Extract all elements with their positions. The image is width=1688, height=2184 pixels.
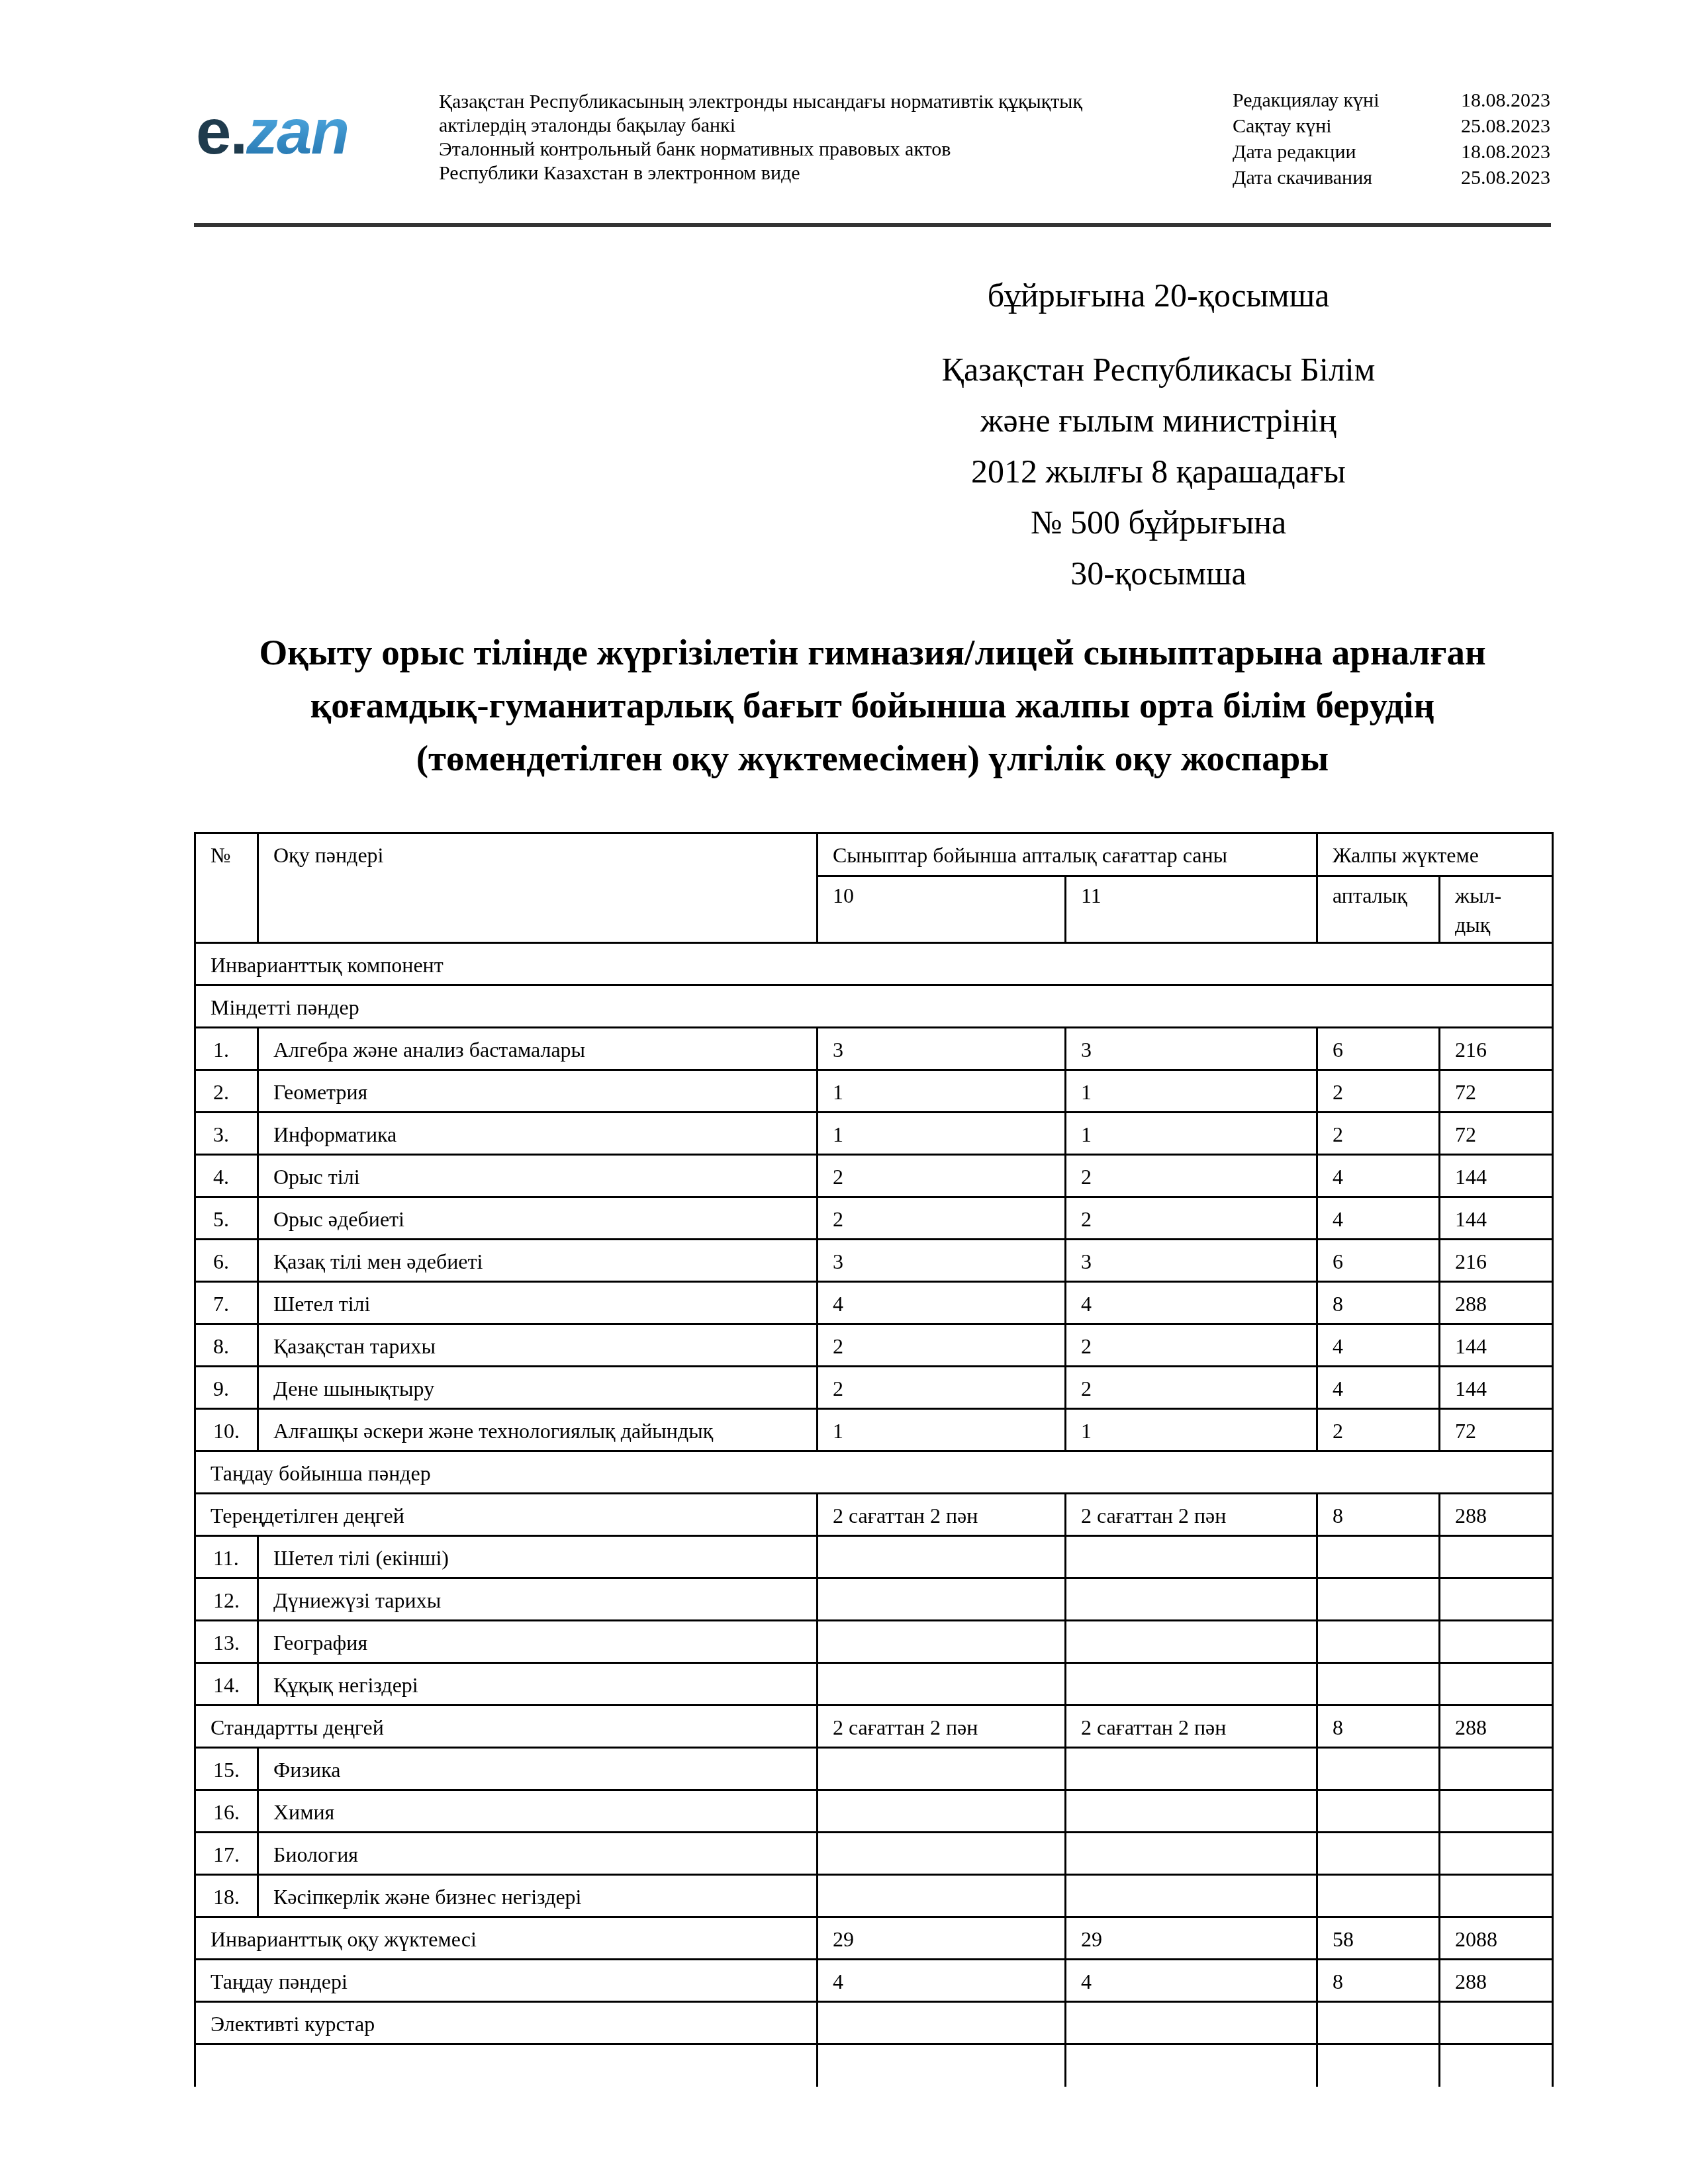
annex-line: және ғылым министрінің [854, 395, 1463, 446]
header-num: № [195, 833, 258, 943]
cell-annual [1440, 2044, 1553, 2087]
table-group-row: Инварианттық оқу жүктемесі2929582088 [195, 1917, 1553, 1960]
cell-g11 [1066, 1875, 1317, 1917]
cell-num: 18. [195, 1875, 258, 1917]
cell-g10: 1 [818, 1070, 1066, 1113]
cell-num: 6. [195, 1240, 258, 1282]
table-row: 14.Құқық негіздері [195, 1663, 1553, 1706]
table-row: 1.Алгебра және анализ бастамалары336216 [195, 1028, 1553, 1070]
cell-num: 12. [195, 1578, 258, 1621]
cell-g10 [818, 1748, 1066, 1790]
annex-line: Қазақстан Республикасы Білім [854, 344, 1463, 395]
section-label: Міндетті пәндер [195, 985, 1553, 1028]
header-total-load: Жалпы жүктеме [1317, 833, 1553, 876]
group-label: Стандартты деңгей [195, 1706, 818, 1748]
cell-subject: Кәсіпкерлік және бизнес негіздері [258, 1875, 818, 1917]
date-label: Сақтау күні [1233, 113, 1441, 139]
date-value: 25.08.2023 [1441, 113, 1550, 139]
cell-subject: Алгебра және анализ бастамалары [258, 1028, 818, 1070]
cell-g11 [1066, 1833, 1317, 1875]
header-grade-10: 10 [818, 876, 1066, 943]
cell-num: 13. [195, 1621, 258, 1663]
cell-annual [1440, 1748, 1553, 1790]
table-row: 2.Геометрия11272 [195, 1070, 1553, 1113]
cell-weekly [1317, 1790, 1440, 1833]
table-header-row: № Оқу пәндері Сыныптар бойынша апталық с… [195, 833, 1553, 876]
cell-weekly [1317, 1748, 1440, 1790]
table-row: 7.Шетел тілі448288 [195, 1282, 1553, 1324]
cell-g11: 2 сағаттан 2 пән [1066, 1706, 1317, 1748]
table-group-row: Стандартты деңгей2 сағаттан 2 пән2 сағат… [195, 1706, 1553, 1748]
cell-subject: Информатика [258, 1113, 818, 1155]
cell-annual: 288 [1440, 1282, 1553, 1324]
table-group-row [195, 2044, 1553, 2087]
cell-g10: 3 [818, 1028, 1066, 1070]
cell-subject: Дүниежүзі тарихы [258, 1578, 818, 1621]
cell-annual: 144 [1440, 1197, 1553, 1240]
title-line: (төмендетілген оқу жүктемесімен) үлгілік… [194, 732, 1551, 785]
cell-g11 [1066, 2044, 1317, 2087]
source-line: актілердің эталонды бақылау банкі [439, 114, 1167, 138]
cell-g11: 2 [1066, 1367, 1317, 1409]
annex-reference-block: Қазақстан Республикасы Білім және ғылым … [854, 344, 1463, 599]
cell-g11: 1 [1066, 1070, 1317, 1113]
cell-subject: Қазақстан тарихы [258, 1324, 818, 1367]
cell-weekly: 2 [1317, 1409, 1440, 1451]
cell-g11 [1066, 1621, 1317, 1663]
cell-annual [1440, 1833, 1553, 1875]
cell-subject: Химия [258, 1790, 818, 1833]
header-weekly-hours: Сыныптар бойынша апталық сағаттар саны [818, 833, 1317, 876]
annex-line: № 500 бұйрығына [854, 497, 1463, 548]
document-title: Оқыту орыс тілінде жүргізілетін гимназия… [194, 626, 1551, 785]
table-group-row: Элективті курстар [195, 2002, 1553, 2044]
cell-g11: 2 сағаттан 2 пән [1066, 1494, 1317, 1536]
cell-weekly [1317, 1663, 1440, 1706]
title-line: Оқыту орыс тілінде жүргізілетін гимназия… [194, 626, 1551, 679]
cell-g10: 2 [818, 1367, 1066, 1409]
header-weekly: апталық [1317, 876, 1440, 943]
cell-num: 16. [195, 1790, 258, 1833]
header-annual: жыл-дық [1440, 876, 1553, 943]
cell-g11: 3 [1066, 1028, 1317, 1070]
date-row-edit-kk: Редакциялау күні18.08.2023 [1233, 87, 1550, 113]
cell-weekly [1317, 1833, 1440, 1875]
cell-subject: Биология [258, 1833, 818, 1875]
cell-g10: 29 [818, 1917, 1066, 1960]
cell-g10 [818, 1536, 1066, 1578]
cell-weekly: 8 [1317, 1282, 1440, 1324]
cell-annual: 144 [1440, 1155, 1553, 1197]
cell-weekly [1317, 2044, 1440, 2087]
cell-weekly [1317, 1621, 1440, 1663]
cell-g11: 1 [1066, 1113, 1317, 1155]
document-dates: Редакциялау күні18.08.2023 Сақтау күні25… [1233, 87, 1550, 191]
header-divider [194, 223, 1551, 227]
table-row: 8.Қазақстан тарихы224144 [195, 1324, 1553, 1367]
cell-g10 [818, 2044, 1066, 2087]
cell-g10: 4 [818, 1282, 1066, 1324]
table-row: 17.Биология [195, 1833, 1553, 1875]
date-label: Дата скачивания [1233, 165, 1441, 191]
title-line: қоғамдық-гуманитарлық бағыт бойынша жалп… [194, 679, 1551, 732]
cell-subject: Шетел тілі [258, 1282, 818, 1324]
logo-zan: zan [246, 97, 348, 167]
cell-g10: 3 [818, 1240, 1066, 1282]
cell-annual: 2088 [1440, 1917, 1553, 1960]
table-section-row: Міндетті пәндер [195, 985, 1553, 1028]
cell-annual [1440, 1536, 1553, 1578]
cell-weekly: 8 [1317, 1960, 1440, 2002]
source-line: Эталонный контрольный банк нормативных п… [439, 138, 1167, 161]
cell-num: 9. [195, 1367, 258, 1409]
cell-num: 11. [195, 1536, 258, 1578]
cell-g10: 4 [818, 1960, 1066, 2002]
cell-annual: 288 [1440, 1960, 1553, 2002]
cell-g10: 2 сағаттан 2 пән [818, 1494, 1066, 1536]
cell-subject: Физика [258, 1748, 818, 1790]
cell-weekly [1317, 1578, 1440, 1621]
ezan-logo: e.zan [196, 99, 388, 165]
table-row: 16.Химия [195, 1790, 1553, 1833]
cell-g10 [818, 1663, 1066, 1706]
cell-annual [1440, 1578, 1553, 1621]
cell-annual: 216 [1440, 1240, 1553, 1282]
cell-g10: 2 [818, 1197, 1066, 1240]
cell-num: 2. [195, 1070, 258, 1113]
cell-subject: Геометрия [258, 1070, 818, 1113]
logo-dot: . [230, 97, 246, 167]
cell-g10 [818, 1790, 1066, 1833]
cell-g11 [1066, 1663, 1317, 1706]
curriculum-table: № Оқу пәндері Сыныптар бойынша апталық с… [194, 832, 1554, 2087]
cell-annual: 216 [1440, 1028, 1553, 1070]
cell-annual: 72 [1440, 1070, 1553, 1113]
table-row: 11.Шетел тілі (екінші) [195, 1536, 1553, 1578]
cell-g10 [818, 1833, 1066, 1875]
date-value: 25.08.2023 [1441, 165, 1550, 191]
cell-g10: 1 [818, 1409, 1066, 1451]
section-label: Таңдау бойынша пәндер [195, 1451, 1553, 1494]
cell-g11 [1066, 1748, 1317, 1790]
cell-weekly: 6 [1317, 1028, 1440, 1070]
cell-annual [1440, 1663, 1553, 1706]
cell-subject: Алғашқы әскери және технологиялық дайынд… [258, 1409, 818, 1451]
date-label: Редакциялау күні [1233, 87, 1441, 113]
cell-weekly: 4 [1317, 1155, 1440, 1197]
cell-g11: 4 [1066, 1960, 1317, 2002]
cell-num: 1. [195, 1028, 258, 1070]
table-row: 13.География [195, 1621, 1553, 1663]
table-section-row: Таңдау бойынша пәндер [195, 1451, 1553, 1494]
annex-reference-top: бұйрығына 20-қосымша [854, 270, 1463, 321]
cell-weekly: 4 [1317, 1324, 1440, 1367]
cell-annual: 288 [1440, 1706, 1553, 1748]
cell-weekly: 58 [1317, 1917, 1440, 1960]
cell-weekly: 2 [1317, 1113, 1440, 1155]
cell-weekly: 8 [1317, 1706, 1440, 1748]
table-row: 10.Алғашқы әскери және технологиялық дай… [195, 1409, 1553, 1451]
date-label: Дата редакции [1233, 139, 1441, 165]
group-label: Таңдау пәндері [195, 1960, 818, 2002]
cell-weekly: 8 [1317, 1494, 1440, 1536]
header-grade-11: 11 [1066, 876, 1317, 943]
group-label: Элективті курстар [195, 2002, 818, 2044]
cell-subject: Орыс әдебиеті [258, 1197, 818, 1240]
cell-annual [1440, 1621, 1553, 1663]
table-row: 4.Орыс тілі224144 [195, 1155, 1553, 1197]
cell-weekly: 2 [1317, 1070, 1440, 1113]
table-body: Инварианттық компонентМіндетті пәндер1.А… [195, 943, 1553, 2087]
group-label: Тереңдетілген деңгей [195, 1494, 818, 1536]
cell-annual [1440, 1875, 1553, 1917]
cell-num: 3. [195, 1113, 258, 1155]
section-label: Инварианттық компонент [195, 943, 1553, 985]
cell-g11 [1066, 1790, 1317, 1833]
date-row-save-kk: Сақтау күні25.08.2023 [1233, 113, 1550, 139]
cell-g10: 1 [818, 1113, 1066, 1155]
cell-subject: Құқық негіздері [258, 1663, 818, 1706]
date-value: 18.08.2023 [1441, 139, 1550, 165]
cell-annual [1440, 1790, 1553, 1833]
cell-num: 8. [195, 1324, 258, 1367]
cell-annual: 72 [1440, 1113, 1553, 1155]
cell-num: 15. [195, 1748, 258, 1790]
cell-annual: 288 [1440, 1494, 1553, 1536]
cell-g10: 2 [818, 1324, 1066, 1367]
annex-line: 2012 жылғы 8 қарашадағы [854, 446, 1463, 497]
cell-annual: 144 [1440, 1367, 1553, 1409]
cell-g11: 2 [1066, 1324, 1317, 1367]
source-line: Қазақстан Республикасының электронды ныс… [439, 90, 1167, 114]
source-description: Қазақстан Республикасының электронды ныс… [439, 90, 1167, 185]
cell-weekly: 6 [1317, 1240, 1440, 1282]
date-value: 18.08.2023 [1441, 87, 1550, 113]
cell-num: 17. [195, 1833, 258, 1875]
cell-weekly: 4 [1317, 1197, 1440, 1240]
date-row-edit-ru: Дата редакции18.08.2023 [1233, 139, 1550, 165]
cell-annual [1440, 2002, 1553, 2044]
table-row: 18.Кәсіпкерлік және бизнес негіздері [195, 1875, 1553, 1917]
source-line: Республики Казахстан в электронном виде [439, 161, 1167, 185]
cell-weekly [1317, 1536, 1440, 1578]
table-row: 9.Дене шынықтыру224144 [195, 1367, 1553, 1409]
cell-g11 [1066, 2002, 1317, 2044]
cell-subject: Шетел тілі (екінші) [258, 1536, 818, 1578]
cell-num: 14. [195, 1663, 258, 1706]
table-row: 6.Қазақ тілі мен әдебиеті336216 [195, 1240, 1553, 1282]
table-group-row: Тереңдетілген деңгей2 сағаттан 2 пән2 са… [195, 1494, 1553, 1536]
cell-g11: 2 [1066, 1197, 1317, 1240]
cell-subject: География [258, 1621, 818, 1663]
table-row: 15.Физика [195, 1748, 1553, 1790]
cell-subject: Дене шынықтыру [258, 1367, 818, 1409]
cell-g10: 2 сағаттан 2 пән [818, 1706, 1066, 1748]
cell-num: 5. [195, 1197, 258, 1240]
annex-line: 30-қосымша [854, 548, 1463, 599]
cell-num: 10. [195, 1409, 258, 1451]
cell-weekly: 4 [1317, 1367, 1440, 1409]
cell-g11: 4 [1066, 1282, 1317, 1324]
table-row: 5.Орыс әдебиеті224144 [195, 1197, 1553, 1240]
cell-g10: 2 [818, 1155, 1066, 1197]
cell-g11: 1 [1066, 1409, 1317, 1451]
cell-weekly [1317, 2002, 1440, 2044]
cell-g11 [1066, 1578, 1317, 1621]
cell-g11 [1066, 1536, 1317, 1578]
cell-g10 [818, 1875, 1066, 1917]
group-label [195, 2044, 818, 2087]
cell-g10 [818, 1621, 1066, 1663]
logo-e: e [196, 97, 230, 167]
group-label: Инварианттық оқу жүктемесі [195, 1917, 818, 1960]
cell-annual: 72 [1440, 1409, 1553, 1451]
cell-g11: 3 [1066, 1240, 1317, 1282]
cell-g11: 2 [1066, 1155, 1317, 1197]
table-section-row: Инварианттық компонент [195, 943, 1553, 985]
date-row-download-ru: Дата скачивания25.08.2023 [1233, 165, 1550, 191]
cell-g11: 29 [1066, 1917, 1317, 1960]
header-subjects: Оқу пәндері [258, 833, 818, 943]
cell-num: 4. [195, 1155, 258, 1197]
cell-annual: 144 [1440, 1324, 1553, 1367]
cell-num: 7. [195, 1282, 258, 1324]
cell-subject: Орыс тілі [258, 1155, 818, 1197]
table-row: 3.Информатика11272 [195, 1113, 1553, 1155]
cell-weekly [1317, 1875, 1440, 1917]
cell-g10 [818, 2002, 1066, 2044]
table-group-row: Таңдау пәндері448288 [195, 1960, 1553, 2002]
cell-g10 [818, 1578, 1066, 1621]
cell-subject: Қазақ тілі мен әдебиеті [258, 1240, 818, 1282]
table-row: 12.Дүниежүзі тарихы [195, 1578, 1553, 1621]
